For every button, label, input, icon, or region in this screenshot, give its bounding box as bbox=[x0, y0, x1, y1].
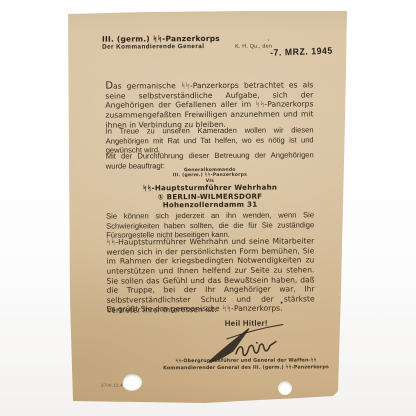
body-paragraph-1: Das germanische ᛋᛋ-Panzerkorps betrachte… bbox=[105, 80, 313, 130]
photo-background: III. (germ.) ᛋᛋ-Panzerkorps Der Kommandi… bbox=[0, 0, 416, 416]
handwritten-tick-mark: ʹ bbox=[268, 40, 269, 46]
contact-street: Hohenzollerndamm 31 bbox=[106, 200, 314, 210]
ink-speck bbox=[281, 302, 283, 304]
punch-hole-right bbox=[278, 381, 292, 395]
signature-footer-block: ᛋᛋ-Obergruppenführer und General der Waf… bbox=[141, 357, 351, 373]
org-reference-block: Generalkommando III. (germ.) ᛋᛋ-Panzerko… bbox=[106, 167, 314, 184]
contact-address-block: ᛋᛋ-Hauptsturmführer Wehrhahn ① BERLIN-WI… bbox=[106, 183, 314, 210]
letterhead: III. (germ.) ᛋᛋ-Panzerkorps Der Kommandi… bbox=[102, 34, 220, 52]
date-stamp: -7. MRZ. 1945 bbox=[270, 45, 333, 58]
dateline-place-label: K. H. Qu., den bbox=[235, 44, 272, 50]
closing-line: Es grüßt Sie das germanische ᛋᛋ-Panzerko… bbox=[107, 303, 315, 314]
letterhead-office: Der Kommandierende General bbox=[102, 43, 220, 52]
footer-position-line: Kommandierender General des III. (germ.)… bbox=[141, 364, 351, 372]
document-content: III. (germ.) ᛋᛋ-Panzerkorps Der Kommandi… bbox=[0, 0, 416, 416]
